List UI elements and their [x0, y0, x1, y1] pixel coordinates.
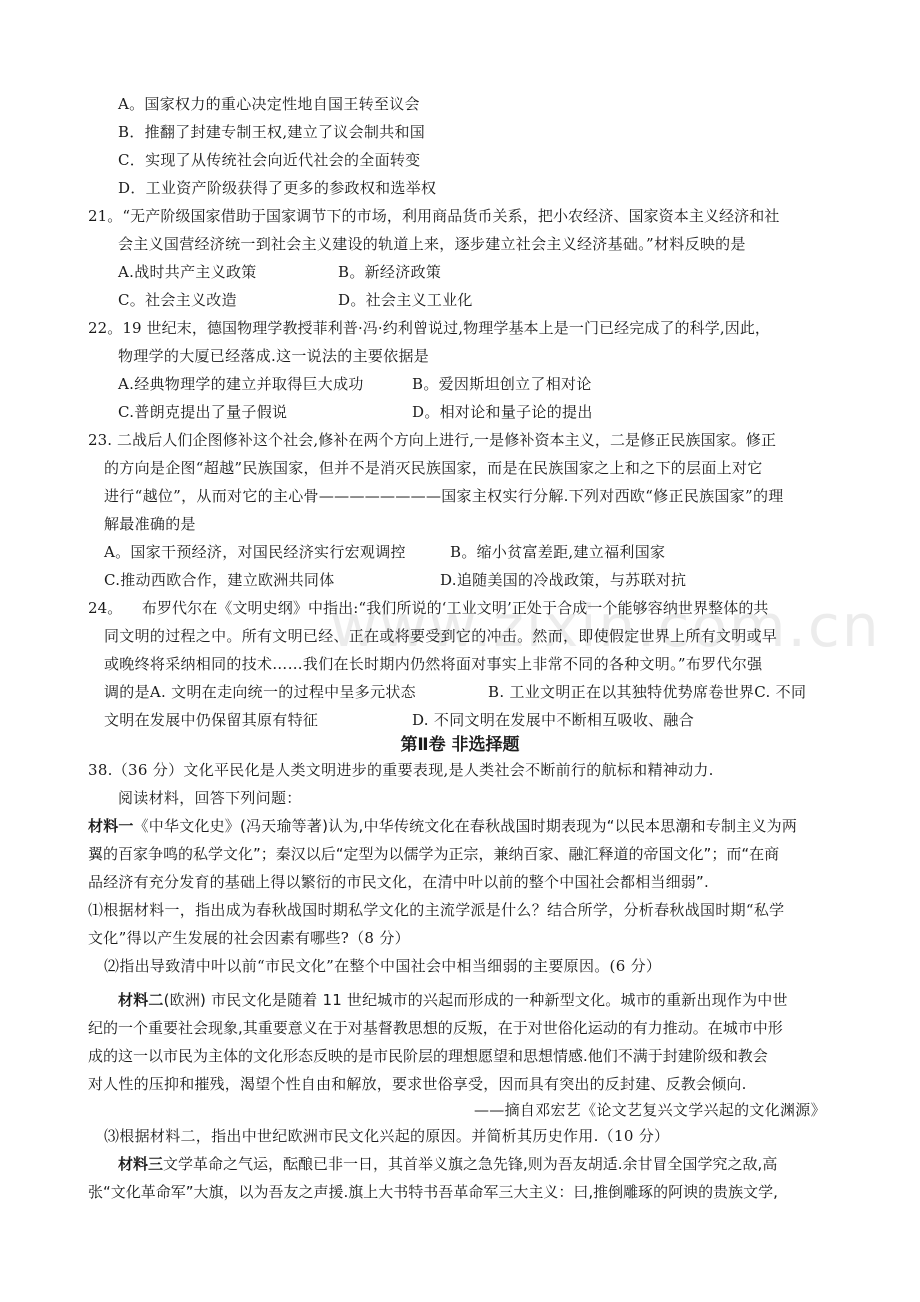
q22-option-b: B。爱因斯坦创立了相对论 — [412, 374, 592, 394]
q23-option-c: C.推动西欧合作，建立欧洲共同体 — [104, 570, 335, 590]
q23-stem-line1: 23. 二战后人们企图修补这个社会,修补在两个方向上进行,一是修补资本主义，二是… — [88, 430, 776, 450]
q20-option-b: B．推翻了封建专制王权,建立了议会制共和国 — [118, 122, 425, 142]
material-1-line1: 材料一《中华文化史》(冯天瑜等著)认为,中华传统文化在春秋战国时期表现为“以民本… — [88, 816, 797, 836]
q22-stem-line2: 物理学的大厦已经落成.这一说法的主要依据是 — [118, 346, 429, 366]
q24-option-c-cont: 文明在发展中仍保留其原有特征 — [104, 710, 318, 730]
q20-option-a: A。国家权力的重心决定性地自国王转至议会 — [118, 94, 420, 114]
subquestion-3: ⑶根据材料二，指出中世纪欧洲市民文化兴起的原因。并简析其历史作用.（10 分） — [104, 1126, 669, 1146]
exam-page: www.zixin.com.cn A。国家权力的重心决定性地自国王转至议会 B．… — [0, 0, 920, 1302]
q22-stem-line1: 22。19 世纪末，德国物理学教授菲利普·冯·约利曾说过,物理学基本上是一门已经… — [88, 318, 770, 338]
q23-stem-line4: 解最准确的是 — [104, 514, 196, 534]
material-3-text: 文学革命之气运，酝酿已非一日，其首举义旗之急先锋,则为吾友胡适.余甘冒全国学究之… — [163, 1155, 777, 1173]
q23-option-d: D.追随美国的冷战政策，与苏联对抗 — [440, 570, 686, 590]
material-2-line3: 成的这一以市民为主体的文化形态反映的是市民阶层的理想愿望和思想情感.他们不满于封… — [88, 1046, 768, 1066]
section-heading: 第Ⅱ卷 非选择题 — [0, 734, 920, 756]
q20-option-c: C．实现了从传统社会向近代社会的全面转变 — [118, 150, 420, 170]
material-3-line1: 材料三文学革命之气运，酝酿已非一日，其首举义旗之急先锋,则为吾友胡适.余甘冒全国… — [118, 1154, 777, 1174]
q23-stem-line3: 进行“越位”，从而对它的主心骨————————国家主权实行分解.下列对西欧“修正… — [104, 486, 784, 506]
material-1-text: 《中华文化史》(冯天瑜等著)认为,中华传统文化在春秋战国时期表现为“以民本思潮和… — [134, 817, 797, 835]
material-1-line3: 品经济有充分发育的基础上得以繁衍的市民文化，在清中叶以前的整个中国社会都相当细弱… — [88, 872, 709, 892]
q21-option-d: D。社会主义工业化 — [338, 290, 473, 310]
material-3-label: 材料三 — [118, 1155, 163, 1173]
q21-option-b: B。新经济政策 — [338, 262, 441, 282]
material-2-text: (欧洲) 市民文化是随着 11 世纪城市的兴起而形成的一种新型文化。城市的重新出… — [164, 991, 788, 1009]
q24-stem-line3: 或晚终将采纳相同的技术……我们在长时期内仍然将面对事实上非常不同的各种文明。”布… — [104, 654, 762, 674]
q24-option-a: 调的是A. 文明在走向统一的过程中呈多元状态 — [104, 682, 416, 702]
material-1-line2: 翼的百家争鸣的私学文化”；秦汉以后“定型为以儒学为正宗，兼纳百家、融汇释道的帝国… — [88, 844, 779, 864]
material-3-line2: 张“文化革命军”大旗，以为吾友之声援.旗上大书特书吾革命军三大主义：曰,推倒雕琢… — [88, 1182, 778, 1202]
material-2-line2: 纪的一个重要社会现象,其重要意义在于对基督教思想的反叛，在于对世俗化运动的有力推… — [88, 1018, 783, 1038]
q20-option-d: D．工业资产阶级获得了更多的参政权和选举权 — [118, 178, 436, 198]
q24-stem-line2: 同文明的过程之中。所有文明已经、正在或将要受到它的冲击。然而，即使假定世界上所有… — [104, 626, 777, 646]
q23-stem-line2: 的方向是企图“超越”民族国家，但并不是消灭民族国家，而是在民族国家之上和之下的层… — [104, 458, 763, 478]
q21-option-a: A.战时共产主义政策 — [118, 262, 257, 282]
q22-option-a: A.经典物理学的建立并取得巨大成功 — [118, 374, 364, 394]
material-2-line1: 材料二(欧洲) 市民文化是随着 11 世纪城市的兴起而形成的一种新型文化。城市的… — [118, 990, 788, 1010]
q24-option-d: D. 不同文明在发展中不断相互吸收、融合 — [412, 710, 694, 730]
material-1-label: 材料一 — [88, 817, 134, 835]
q38-instruction: 阅读材料，回答下列问题： — [118, 788, 302, 808]
q23-option-a: A。国家干预经济，对国民经济实行宏观调控 — [104, 542, 406, 562]
q21-option-c: C。社会主义改造 — [118, 290, 237, 310]
subquestion-1-line2: 文化”得以产生发展的社会因素有哪些?（8 分） — [88, 928, 410, 948]
q22-option-c: C.普朗克提出了量子假说 — [118, 402, 287, 422]
material-2-label: 材料二 — [118, 991, 164, 1009]
material-2-line4: 对人性的压抑和摧残，渴望个性自由和解放，要求世俗享受，因而具有突出的反封建、反教… — [88, 1074, 747, 1094]
q38-intro: 38.（36 分）文化平民化是人类文明进步的重要表现,是人类社会不断前行的航标和… — [88, 760, 714, 780]
q24-option-b-c: B. 工业文明正在以其独特优势席卷世界C. 不同 — [488, 682, 806, 702]
q21-stem-line1: 21。“无产阶级国家借助于国家调节下的市场，利用商品货币关系，把小农经济、国家资… — [88, 206, 779, 226]
q21-stem-line2: 会主义国营经济统一到社会主义建设的轨道上来，逐步建立社会主义经济基础。”材料反映… — [118, 234, 746, 254]
q24-stem-line1: 24。 布罗代尔在《文明史纲》中指出:“我们所说的‘工业文明’正处于合成一个能够… — [88, 598, 769, 618]
subquestion-1-line1: ⑴根据材料一，指出成为春秋战国时期私学文化的主流学派是什么？结合所学，分析春秋战… — [88, 900, 784, 920]
q23-option-b: B。缩小贫富差距,建立福利国家 — [450, 542, 665, 562]
subquestion-2: ⑵指出导致清中叶以前“市民文化”在整个中国社会中相当细弱的主要原因。(6 分） — [104, 956, 661, 976]
q22-option-d: D。相对论和量子论的提出 — [412, 402, 593, 422]
material-2-source: ——摘自邓宏艺《论文艺复兴文学兴起的文化渊源》 — [474, 1100, 826, 1120]
